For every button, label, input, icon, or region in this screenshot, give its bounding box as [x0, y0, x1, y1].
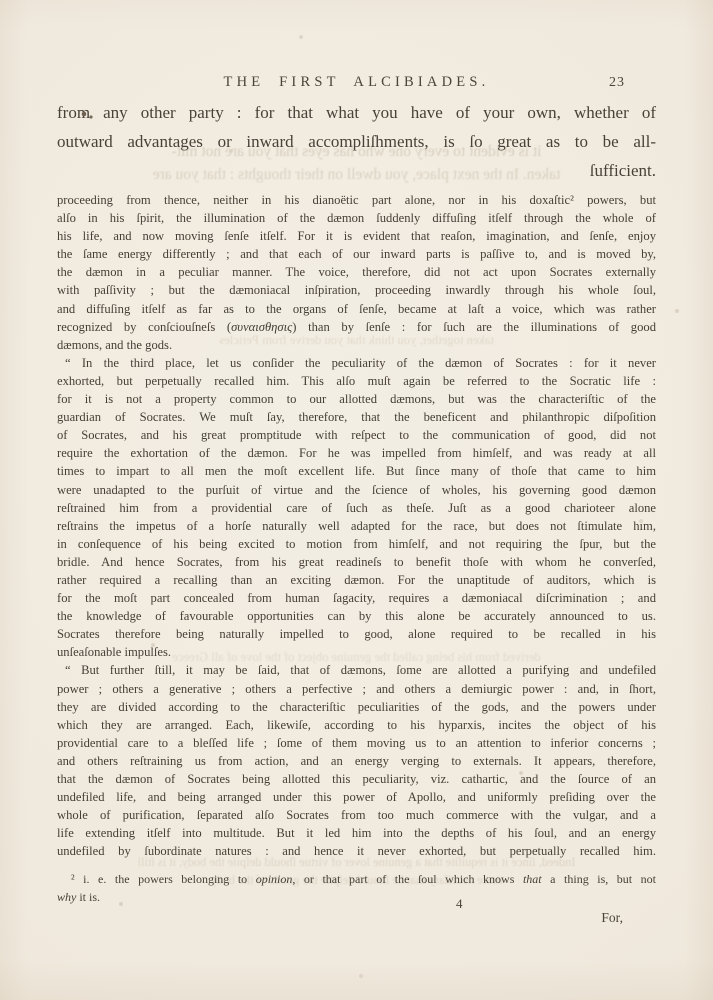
text-line: the ſame energy differently ; and that e…: [57, 245, 656, 263]
text-line: whole of purification, ſeparated alſo So…: [57, 806, 656, 824]
text-line: rather required a recalling than an exci…: [57, 571, 656, 589]
text-line: with paſſivity ; but the dæmoniacal inſp…: [57, 281, 656, 299]
text-line: for it is not a property common to our a…: [57, 390, 656, 408]
text-line: dæmons, and the gods.: [57, 336, 656, 354]
text-line: bridle. And hence Socrates, from his gre…: [57, 553, 656, 571]
text-line: the knowledge of favourable opportunitie…: [57, 607, 656, 625]
signature-mark: 4: [456, 896, 463, 912]
text-line: proceeding from thence, neither in his d…: [57, 191, 656, 209]
text-line: ² i. e. the powers belonging to opinion,…: [57, 870, 656, 888]
text-line: guardian of Socrates. We muſt ſay, there…: [57, 408, 656, 426]
text-line: providential care to a bleſſed life ; ſo…: [57, 734, 656, 752]
text-line: his life, and now moving ſenſe itſelf. F…: [57, 227, 656, 245]
commentary-paragraph: “ But further ſtill, it may be ſaid, tha…: [57, 661, 656, 860]
text-line: in conſequence of his being excited to m…: [57, 535, 656, 553]
text-line: Socrates therefore being naturally impel…: [57, 625, 656, 643]
text-line: power ; others a generative ; others a p…: [57, 680, 656, 698]
text-line: undefiled by ſubordinate natures : and h…: [57, 842, 656, 860]
text-line: from any other party : for that what you…: [57, 98, 656, 127]
text-line: the dæmon in a peculiar manner. The voic…: [57, 263, 656, 281]
text-line: “ In the third place, let us conſider th…: [57, 354, 656, 372]
catchword: For,: [601, 910, 623, 926]
text-line: times to impart to all men the moſt exce…: [57, 462, 656, 480]
page-number: 23: [609, 75, 625, 91]
text-line: ſufficient.: [57, 156, 656, 185]
text-line: life extending itſelf into multitude. Bu…: [57, 824, 656, 842]
text-line: “ But further ſtill, it may be ſaid, tha…: [57, 661, 656, 679]
text-line: they are divided according to the charac…: [57, 698, 656, 716]
commentary-paragraph: “ In the third place, let us conſider th…: [57, 354, 656, 662]
text-line: which they are arranged. Each, likewiſe,…: [57, 716, 656, 734]
footnote: ² i. e. the powers belonging to opinion,…: [57, 870, 656, 906]
text-line: recognized by conſciouſneſs (συναισθησις…: [57, 318, 656, 336]
text-line: for the moſt part concealed from human ſ…: [57, 589, 656, 607]
commentary-section: proceeding from thence, neither in his d…: [57, 191, 656, 860]
book-page-scan: it is evident to every one who has eyes …: [0, 0, 713, 1000]
commentary-paragraph: proceeding from thence, neither in his d…: [57, 191, 656, 354]
text-line: unſeaſonable impulſes.: [57, 643, 656, 661]
text-line: and others reſtraining us from action, a…: [57, 752, 656, 770]
running-title: THE FIRST ALCIBIADES.: [57, 74, 656, 91]
text-line: and diffuſing itſelf as far as to the or…: [57, 300, 656, 318]
text-line: outward advantages or inward accompliſhm…: [57, 127, 656, 156]
text-line: exhorted, but perpetually recalled him. …: [57, 372, 656, 390]
text-line: require the exhortation of the dæmon. Fo…: [57, 444, 656, 462]
paper-speckles: [0, 0, 2, 2]
text-line: reſtrains the impetus of a horſe natural…: [57, 517, 656, 535]
text-line: reſtrained him from a providential care …: [57, 499, 656, 517]
text-line: of Socrates, and his great promptitude w…: [57, 426, 656, 444]
text-line: that the dæmon of Socrates being allotte…: [57, 770, 656, 788]
text-line: why it is.: [57, 888, 656, 906]
text-line: undefiled life, and being arranged under…: [57, 788, 656, 806]
text-line: alſo in his ſpirit, the illumination of …: [57, 209, 656, 227]
text-line: were unadapted to the purſuit of virtue …: [57, 481, 656, 499]
translation-paragraph: from any other party : for that what you…: [57, 98, 656, 185]
